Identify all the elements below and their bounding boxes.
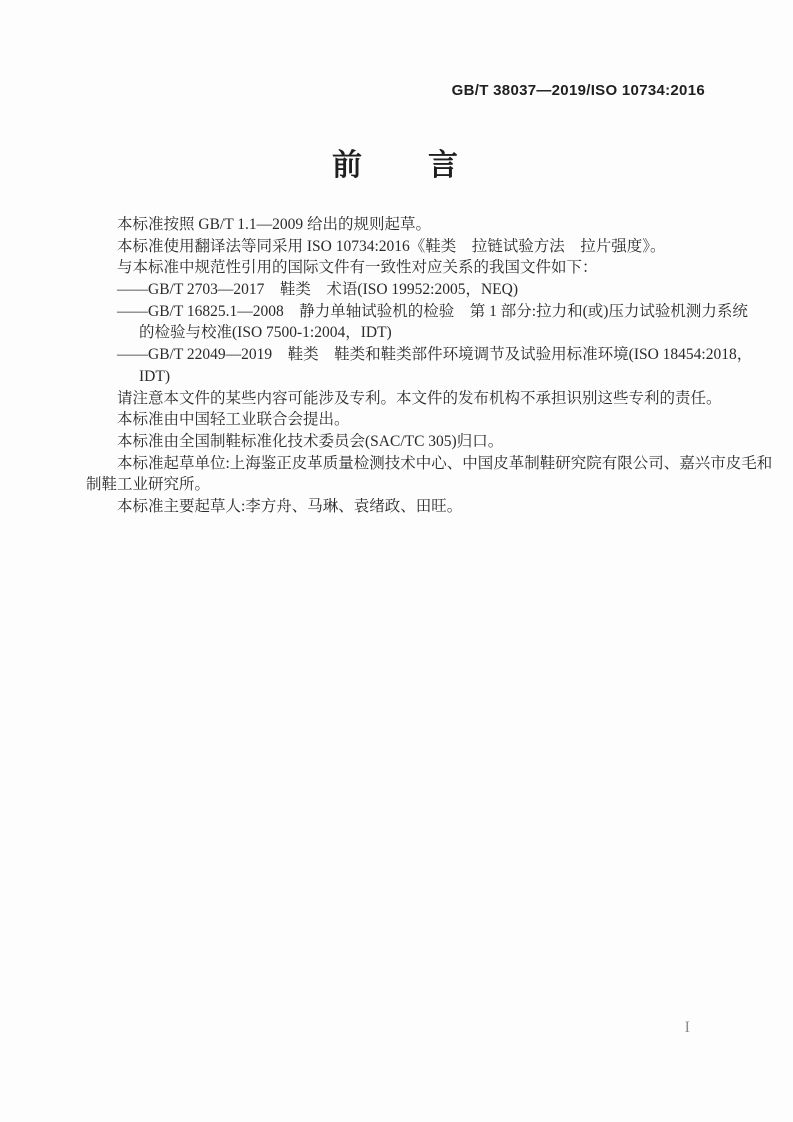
foreword-line: 本标准起草单位:上海鉴正皮革质量检测技术中心、中国皮革制鞋研究院有限公司、嘉兴市…	[86, 453, 708, 475]
foreword-line: 与本标准中规范性引用的国际文件有一致性对应关系的我国文件如下：	[86, 257, 708, 279]
document-page: GB/T 38037—2019/ISO 10734:2016 前 言 本标准按照…	[0, 0, 793, 1122]
foreword-line: 本标准主要起草人:李方舟、马琳、袁绪政、田旺。	[86, 496, 708, 518]
foreword-line: 本标准按照 GB/T 1.1—2009 给出的规则起草。	[86, 214, 708, 236]
foreword-list-item: ——GB/T 16825.1—2008 静力单轴试验机的检验 第 1 部分:拉力…	[86, 301, 708, 323]
standard-number-header: GB/T 38037—2019/ISO 10734:2016	[452, 82, 705, 99]
page-number: I	[685, 1019, 690, 1037]
foreword-line-continuation: 制鞋工业研究所。	[86, 474, 708, 496]
foreword-list-item-continuation: IDT)	[86, 366, 708, 388]
foreword-list-item: ——GB/T 2703—2017 鞋类 术语(ISO 19952:2005，NE…	[86, 279, 708, 301]
foreword-line: 本标准使用翻译法等同采用 ISO 10734:2016《鞋类 拉链试验方法 拉片…	[86, 236, 708, 258]
foreword-body: 本标准按照 GB/T 1.1—2009 给出的规则起草。 本标准使用翻译法等同采…	[86, 214, 708, 518]
foreword-line: 本标准由全国制鞋标准化技术委员会(SAC/TC 305)归口。	[86, 431, 708, 453]
foreword-list-item: ——GB/T 22049—2019 鞋类 鞋类和鞋类部件环境调节及试验用标准环境…	[86, 344, 708, 366]
foreword-list-item-continuation: 的检验与校准(ISO 7500-1:2004，IDT)	[86, 322, 708, 344]
page-title: 前 言	[86, 148, 706, 184]
foreword-line: 本标准由中国轻工业联合会提出。	[86, 409, 708, 431]
foreword-line: 请注意本文件的某些内容可能涉及专利。本文件的发布机构不承担识别这些专利的责任。	[86, 388, 708, 410]
